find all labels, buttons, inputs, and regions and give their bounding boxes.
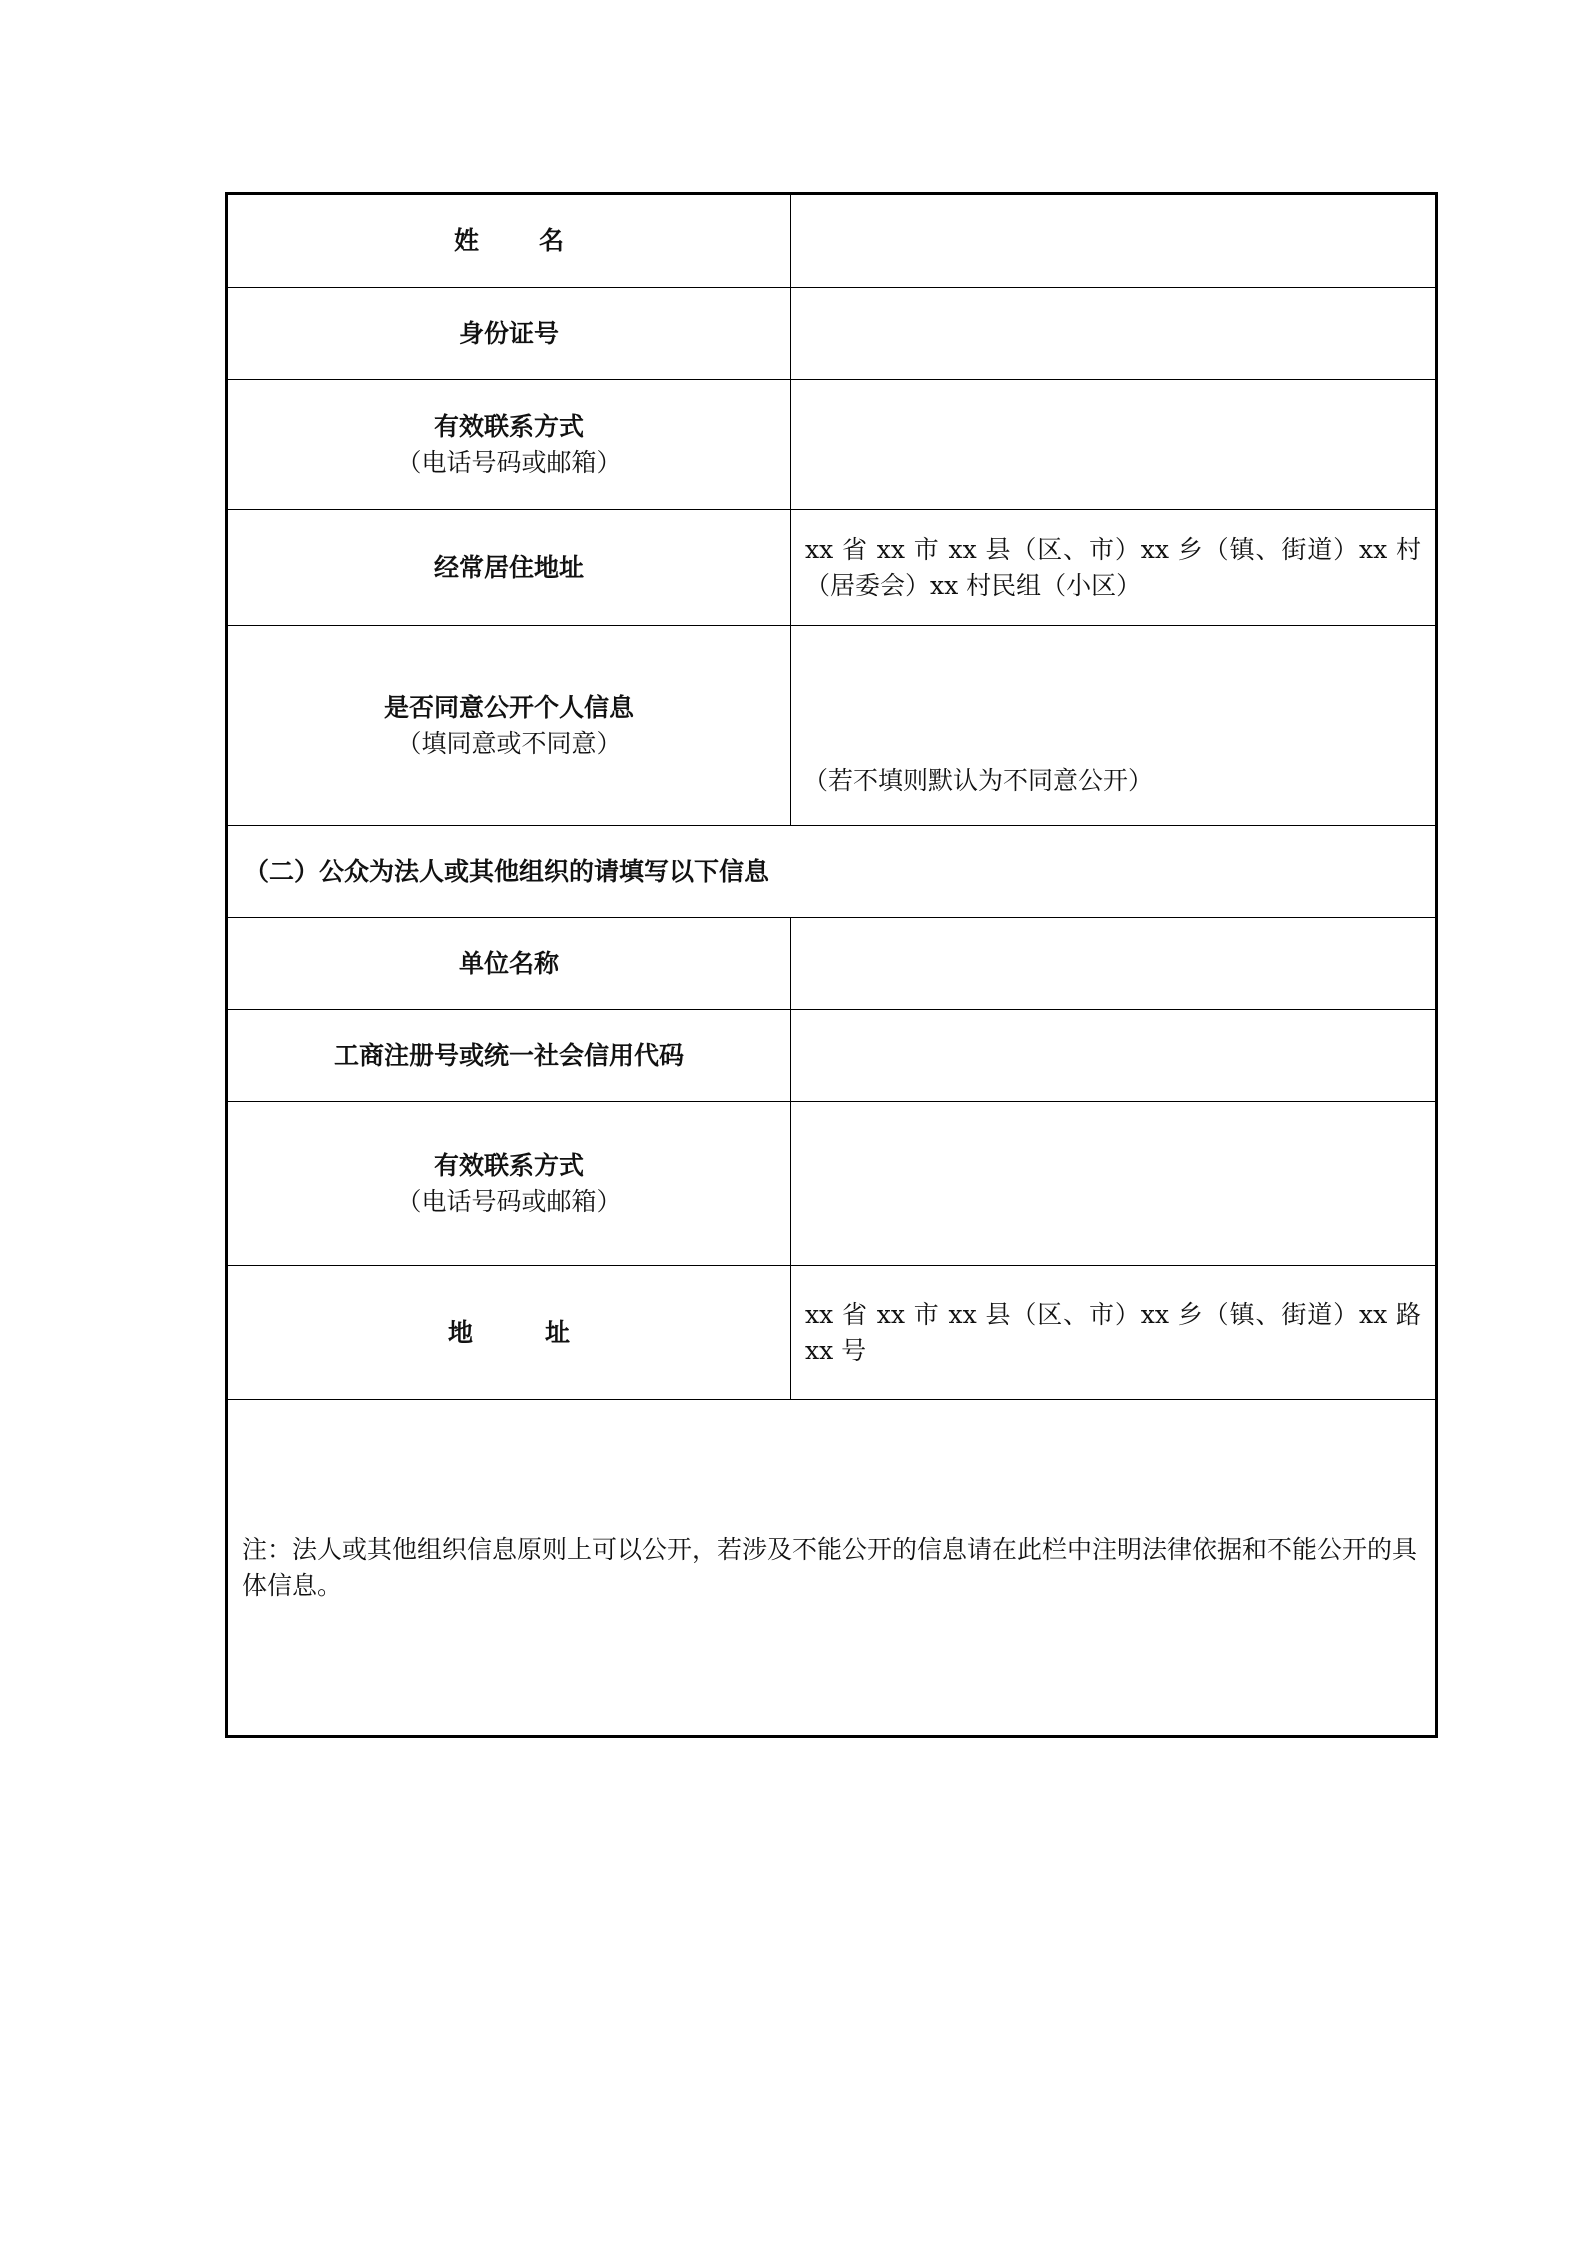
label-id-number: 身份证号 xyxy=(227,288,791,380)
row-org-name: 单位名称 xyxy=(227,918,1437,1010)
label-contact-org-main: 有效联系方式 xyxy=(228,1148,790,1184)
label-name-char1: 姓 xyxy=(454,226,479,255)
field-id-number[interactable] xyxy=(791,288,1437,380)
label-org-address-char2: 址 xyxy=(545,1318,570,1347)
label-consent-main: 是否同意公开个人信息 xyxy=(228,690,790,726)
consent-hint: （若不填则默认为不同意公开） xyxy=(791,763,1435,825)
row-section-org-heading: （二）公众为法人或其他组织的请填写以下信息 xyxy=(227,826,1437,918)
row-contact-personal: 有效联系方式 （电话号码或邮箱） xyxy=(227,380,1437,510)
label-name-char2: 名 xyxy=(539,226,564,255)
row-contact-org: 有效联系方式 （电话号码或邮箱） xyxy=(227,1102,1437,1266)
label-contact-sub: （电话号码或邮箱） xyxy=(228,445,790,481)
field-org-name[interactable] xyxy=(791,918,1437,1010)
label-registration-code: 工商注册号或统一社会信用代码 xyxy=(227,1010,791,1102)
row-org-address: 地址 xx 省 xx 市 xx 县（区、市）xx 乡（镇、街道）xx 路 xx … xyxy=(227,1266,1437,1400)
section-org-heading: （二）公众为法人或其他组织的请填写以下信息 xyxy=(227,826,1437,918)
row-name: 姓名 xyxy=(227,194,1437,288)
field-consent[interactable]: （若不填则默认为不同意公开） xyxy=(791,626,1437,826)
note-field[interactable]: 注：法人或其他组织信息原则上可以公开，若涉及不能公开的信息请在此栏中注明法律依据… xyxy=(227,1400,1437,1737)
label-org-address-char1: 地 xyxy=(448,1318,473,1347)
label-contact-org: 有效联系方式 （电话号码或邮箱） xyxy=(227,1102,791,1266)
row-residence-address: 经常居住地址 xx 省 xx 市 xx 县（区、市）xx 乡（镇、街道）xx 村… xyxy=(227,510,1437,626)
row-consent: 是否同意公开个人信息 （填同意或不同意） （若不填则默认为不同意公开） xyxy=(227,626,1437,826)
document-page: 姓名 身份证号 有效联系方式 （电话号码或邮箱） 经常居住地址 xx 省 xx xyxy=(0,0,1587,2245)
label-contact-main: 有效联系方式 xyxy=(228,409,790,445)
label-org-name: 单位名称 xyxy=(227,918,791,1010)
info-form-table: 姓名 身份证号 有效联系方式 （电话号码或邮箱） 经常居住地址 xx 省 xx xyxy=(225,192,1438,1738)
label-contact-personal: 有效联系方式 （电话号码或邮箱） xyxy=(227,380,791,510)
label-residence-address: 经常居住地址 xyxy=(227,510,791,626)
label-name: 姓名 xyxy=(227,194,791,288)
label-consent-sub: （填同意或不同意） xyxy=(228,726,790,762)
field-residence-address[interactable]: xx 省 xx 市 xx 县（区、市）xx 乡（镇、街道）xx 村（居委会）xx… xyxy=(791,510,1437,626)
field-name[interactable] xyxy=(791,194,1437,288)
field-contact-personal[interactable] xyxy=(791,380,1437,510)
label-consent: 是否同意公开个人信息 （填同意或不同意） xyxy=(227,626,791,826)
row-id-number: 身份证号 xyxy=(227,288,1437,380)
field-registration-code[interactable] xyxy=(791,1010,1437,1102)
row-note: 注：法人或其他组织信息原则上可以公开，若涉及不能公开的信息请在此栏中注明法律依据… xyxy=(227,1400,1437,1737)
label-org-address: 地址 xyxy=(227,1266,791,1400)
field-contact-org[interactable] xyxy=(791,1102,1437,1266)
row-registration-code: 工商注册号或统一社会信用代码 xyxy=(227,1010,1437,1102)
label-contact-org-sub: （电话号码或邮箱） xyxy=(228,1184,790,1220)
note-text: 注：法人或其他组织信息原则上可以公开，若涉及不能公开的信息请在此栏中注明法律依据… xyxy=(242,1532,1421,1604)
field-org-address[interactable]: xx 省 xx 市 xx 县（区、市）xx 乡（镇、街道）xx 路 xx 号 xyxy=(791,1266,1437,1400)
